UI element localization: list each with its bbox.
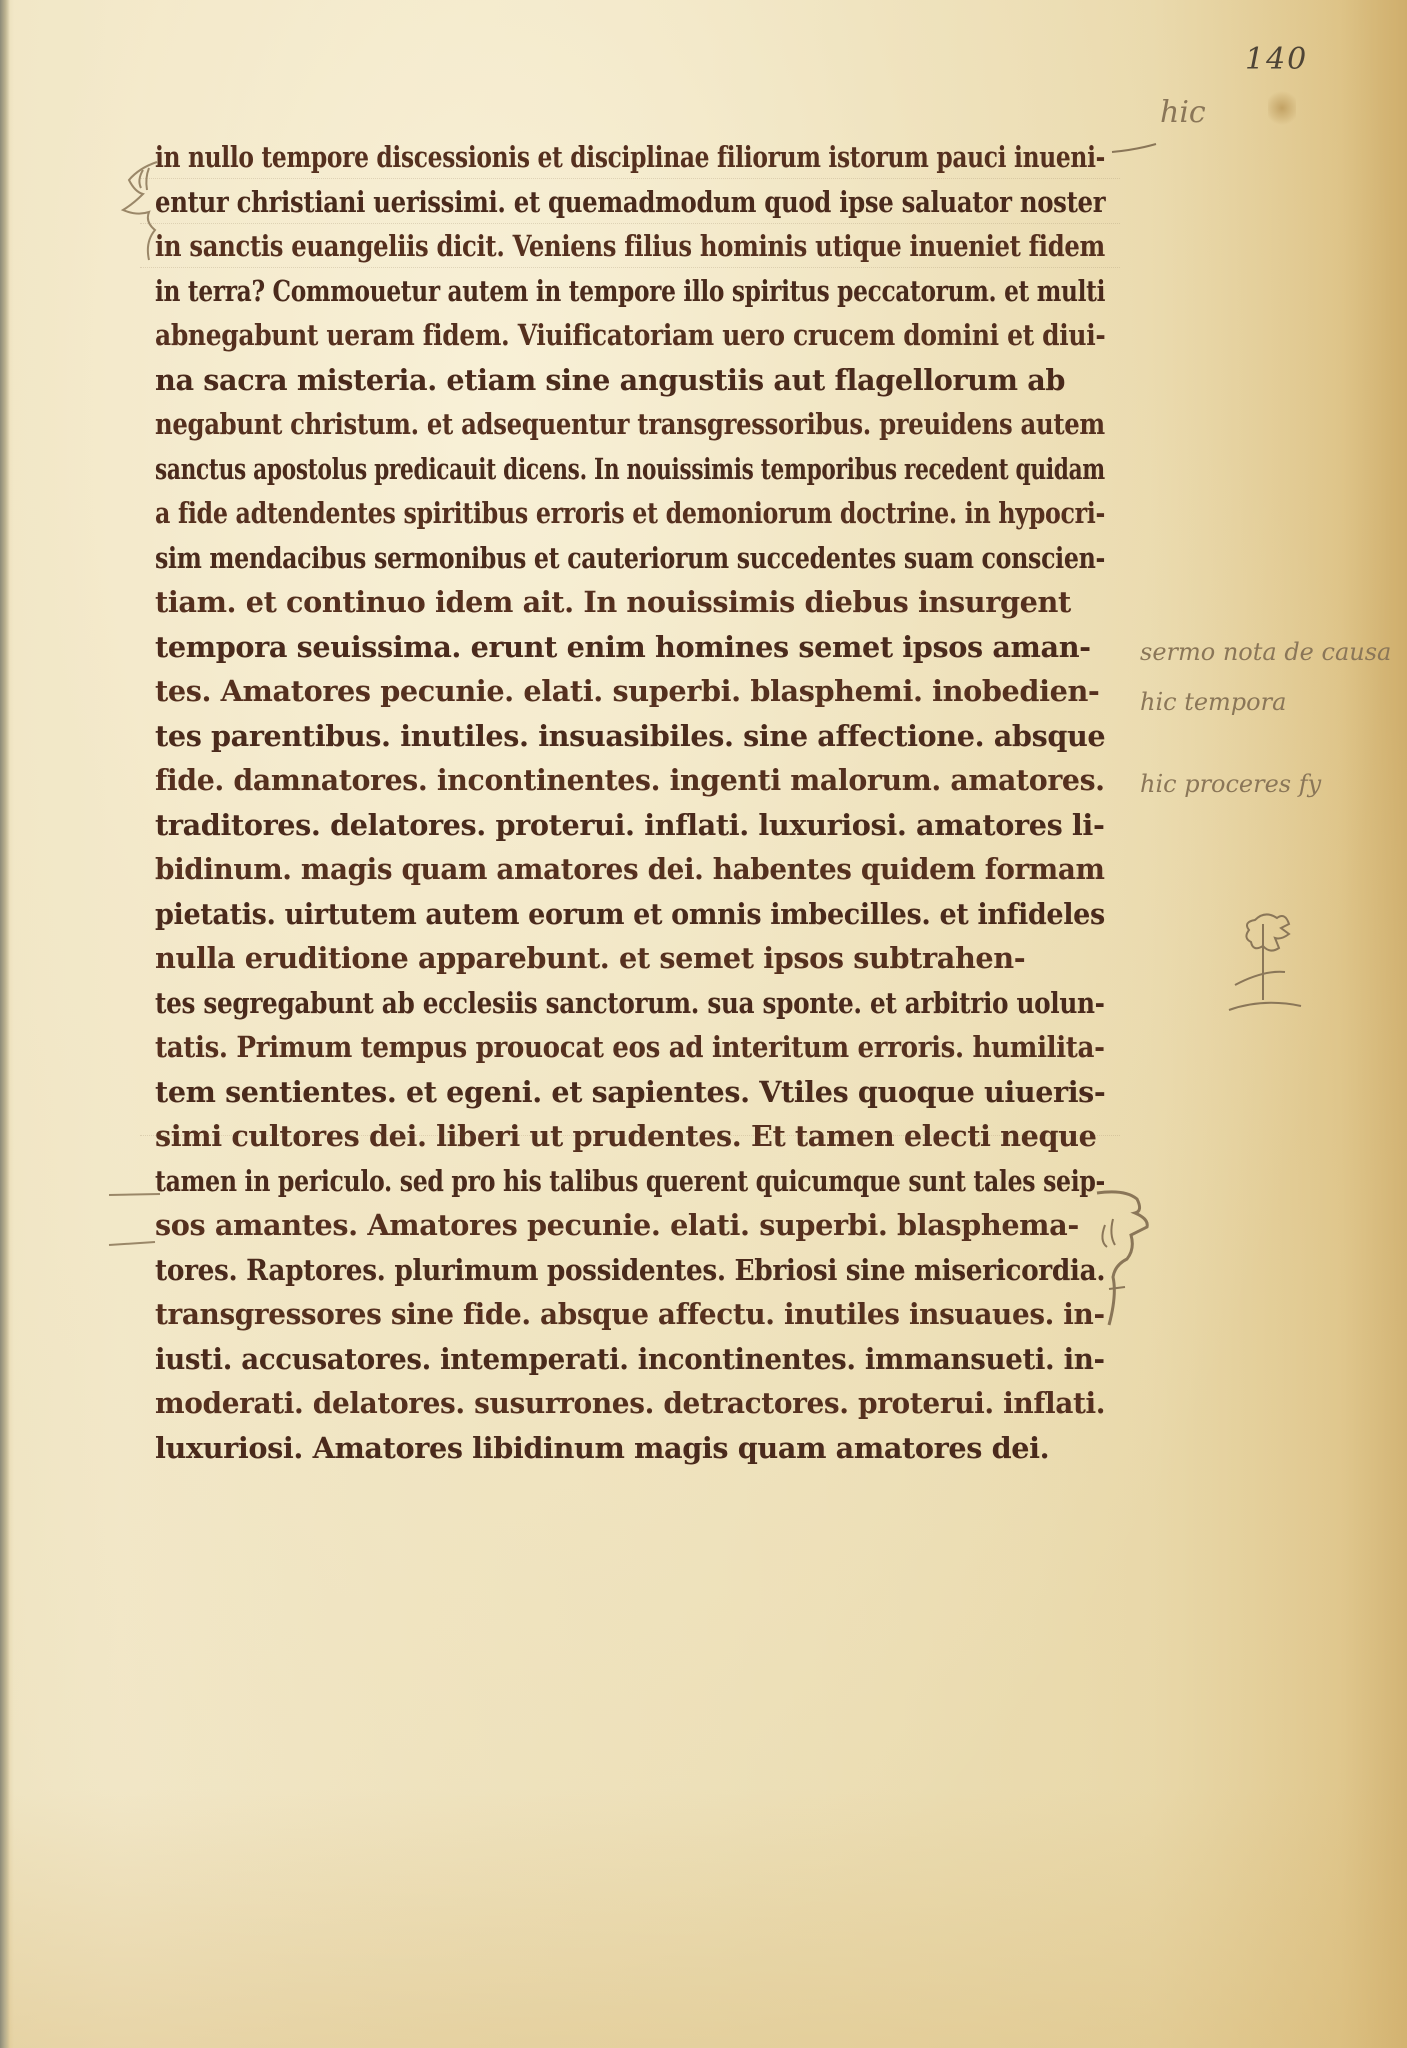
text-line: pietatis. uirtutem autem eorum et omnis … bbox=[155, 892, 1051, 937]
text-line: tatis. Primum tempus prouocat eos ad int… bbox=[155, 1025, 1020, 1070]
pointer-stroke-icon bbox=[1110, 140, 1160, 170]
text-line: tores. Raptores. plurimum possidentes. E… bbox=[155, 1248, 1029, 1293]
text-line: in sanctis euangeliis dicit. Veniens fil… bbox=[155, 224, 960, 269]
text-line: sanctus apostolus predicauit dicens. In … bbox=[155, 447, 871, 492]
text-line: na sacra misteria. etiam sine angustiis … bbox=[155, 358, 1105, 403]
text-line: in nullo tempore discessionis et discipl… bbox=[155, 135, 928, 180]
text-line: negabunt christum. et adsequentur transg… bbox=[155, 402, 961, 447]
face-profile-sketch-icon bbox=[1095, 1185, 1175, 1335]
text-line: sim mendacibus sermonibus et cauteriorum… bbox=[155, 536, 940, 581]
text-line: tem sentientes. et egeni. et sapientes. … bbox=[155, 1070, 1102, 1115]
margin-note-hic-tempora: hic tempora bbox=[1140, 688, 1286, 716]
margin-note-hic: hic bbox=[1160, 95, 1206, 130]
text-line: abnegabunt ueram fidem. Viuificatoriam u… bbox=[155, 313, 981, 358]
text-line: tes segregabunt ab ecclesiis sanctorum. … bbox=[155, 981, 974, 1026]
text-line: a fide adtendentes spiritibus erroris et… bbox=[155, 491, 941, 536]
text-line: simi cultores dei. liberi ut prudentes. … bbox=[155, 1114, 1105, 1159]
text-line: iusti. accusatores. intemperati. inconti… bbox=[155, 1337, 1073, 1382]
text-line: tempora seuissima. erunt enim homines se… bbox=[155, 625, 1105, 670]
text-line: luxuriosi. Amatores libidinum magis quam… bbox=[155, 1426, 1105, 1471]
text-line: tiam. et continuo idem ait. In nouissimi… bbox=[155, 580, 1105, 625]
text-line: entur christiani uerissimi. et quemadmod… bbox=[155, 180, 963, 225]
text-line: fide. damnatores. incontinentes. ingenti… bbox=[155, 758, 1095, 803]
face-profile-sketch-icon bbox=[115, 150, 175, 280]
text-line: sos amantes. Amatores pecunie. elati. su… bbox=[155, 1203, 1105, 1248]
text-line: tamen in periculo. sed pro his talibus q… bbox=[155, 1159, 936, 1204]
text-line: tes. Amatores pecunie. elati. superbi. b… bbox=[155, 669, 1105, 714]
text-line: transgressores sine fide. absque affectu… bbox=[155, 1292, 1079, 1337]
main-text-block: in nullo tempore discessionis et discipl… bbox=[155, 135, 1115, 1470]
ink-stain bbox=[1268, 88, 1296, 128]
margin-dash-icon bbox=[105, 1180, 165, 1260]
binding-gutter bbox=[0, 0, 10, 2048]
text-line: moderati. delatores. susurrones. detract… bbox=[155, 1381, 1082, 1426]
margin-note-hic-proceres: hic proceres fy bbox=[1140, 770, 1321, 798]
text-line: bidinum. magis quam amatores dei. habent… bbox=[155, 847, 1076, 892]
text-line: traditores. delatores. proterui. inflati… bbox=[155, 803, 1105, 848]
margin-note-sermo: sermo nota de causa bbox=[1140, 638, 1391, 666]
folio-number: 140 bbox=[1245, 42, 1308, 77]
text-line: tes parentibus. inutiles. insuasibiles. … bbox=[155, 714, 1104, 759]
text-line: in terra? Commouetur autem in tempore il… bbox=[155, 269, 925, 314]
plant-sketch-icon bbox=[1215, 910, 1315, 1020]
text-line: nulla eruditione apparebunt. et semet ip… bbox=[155, 936, 1105, 981]
